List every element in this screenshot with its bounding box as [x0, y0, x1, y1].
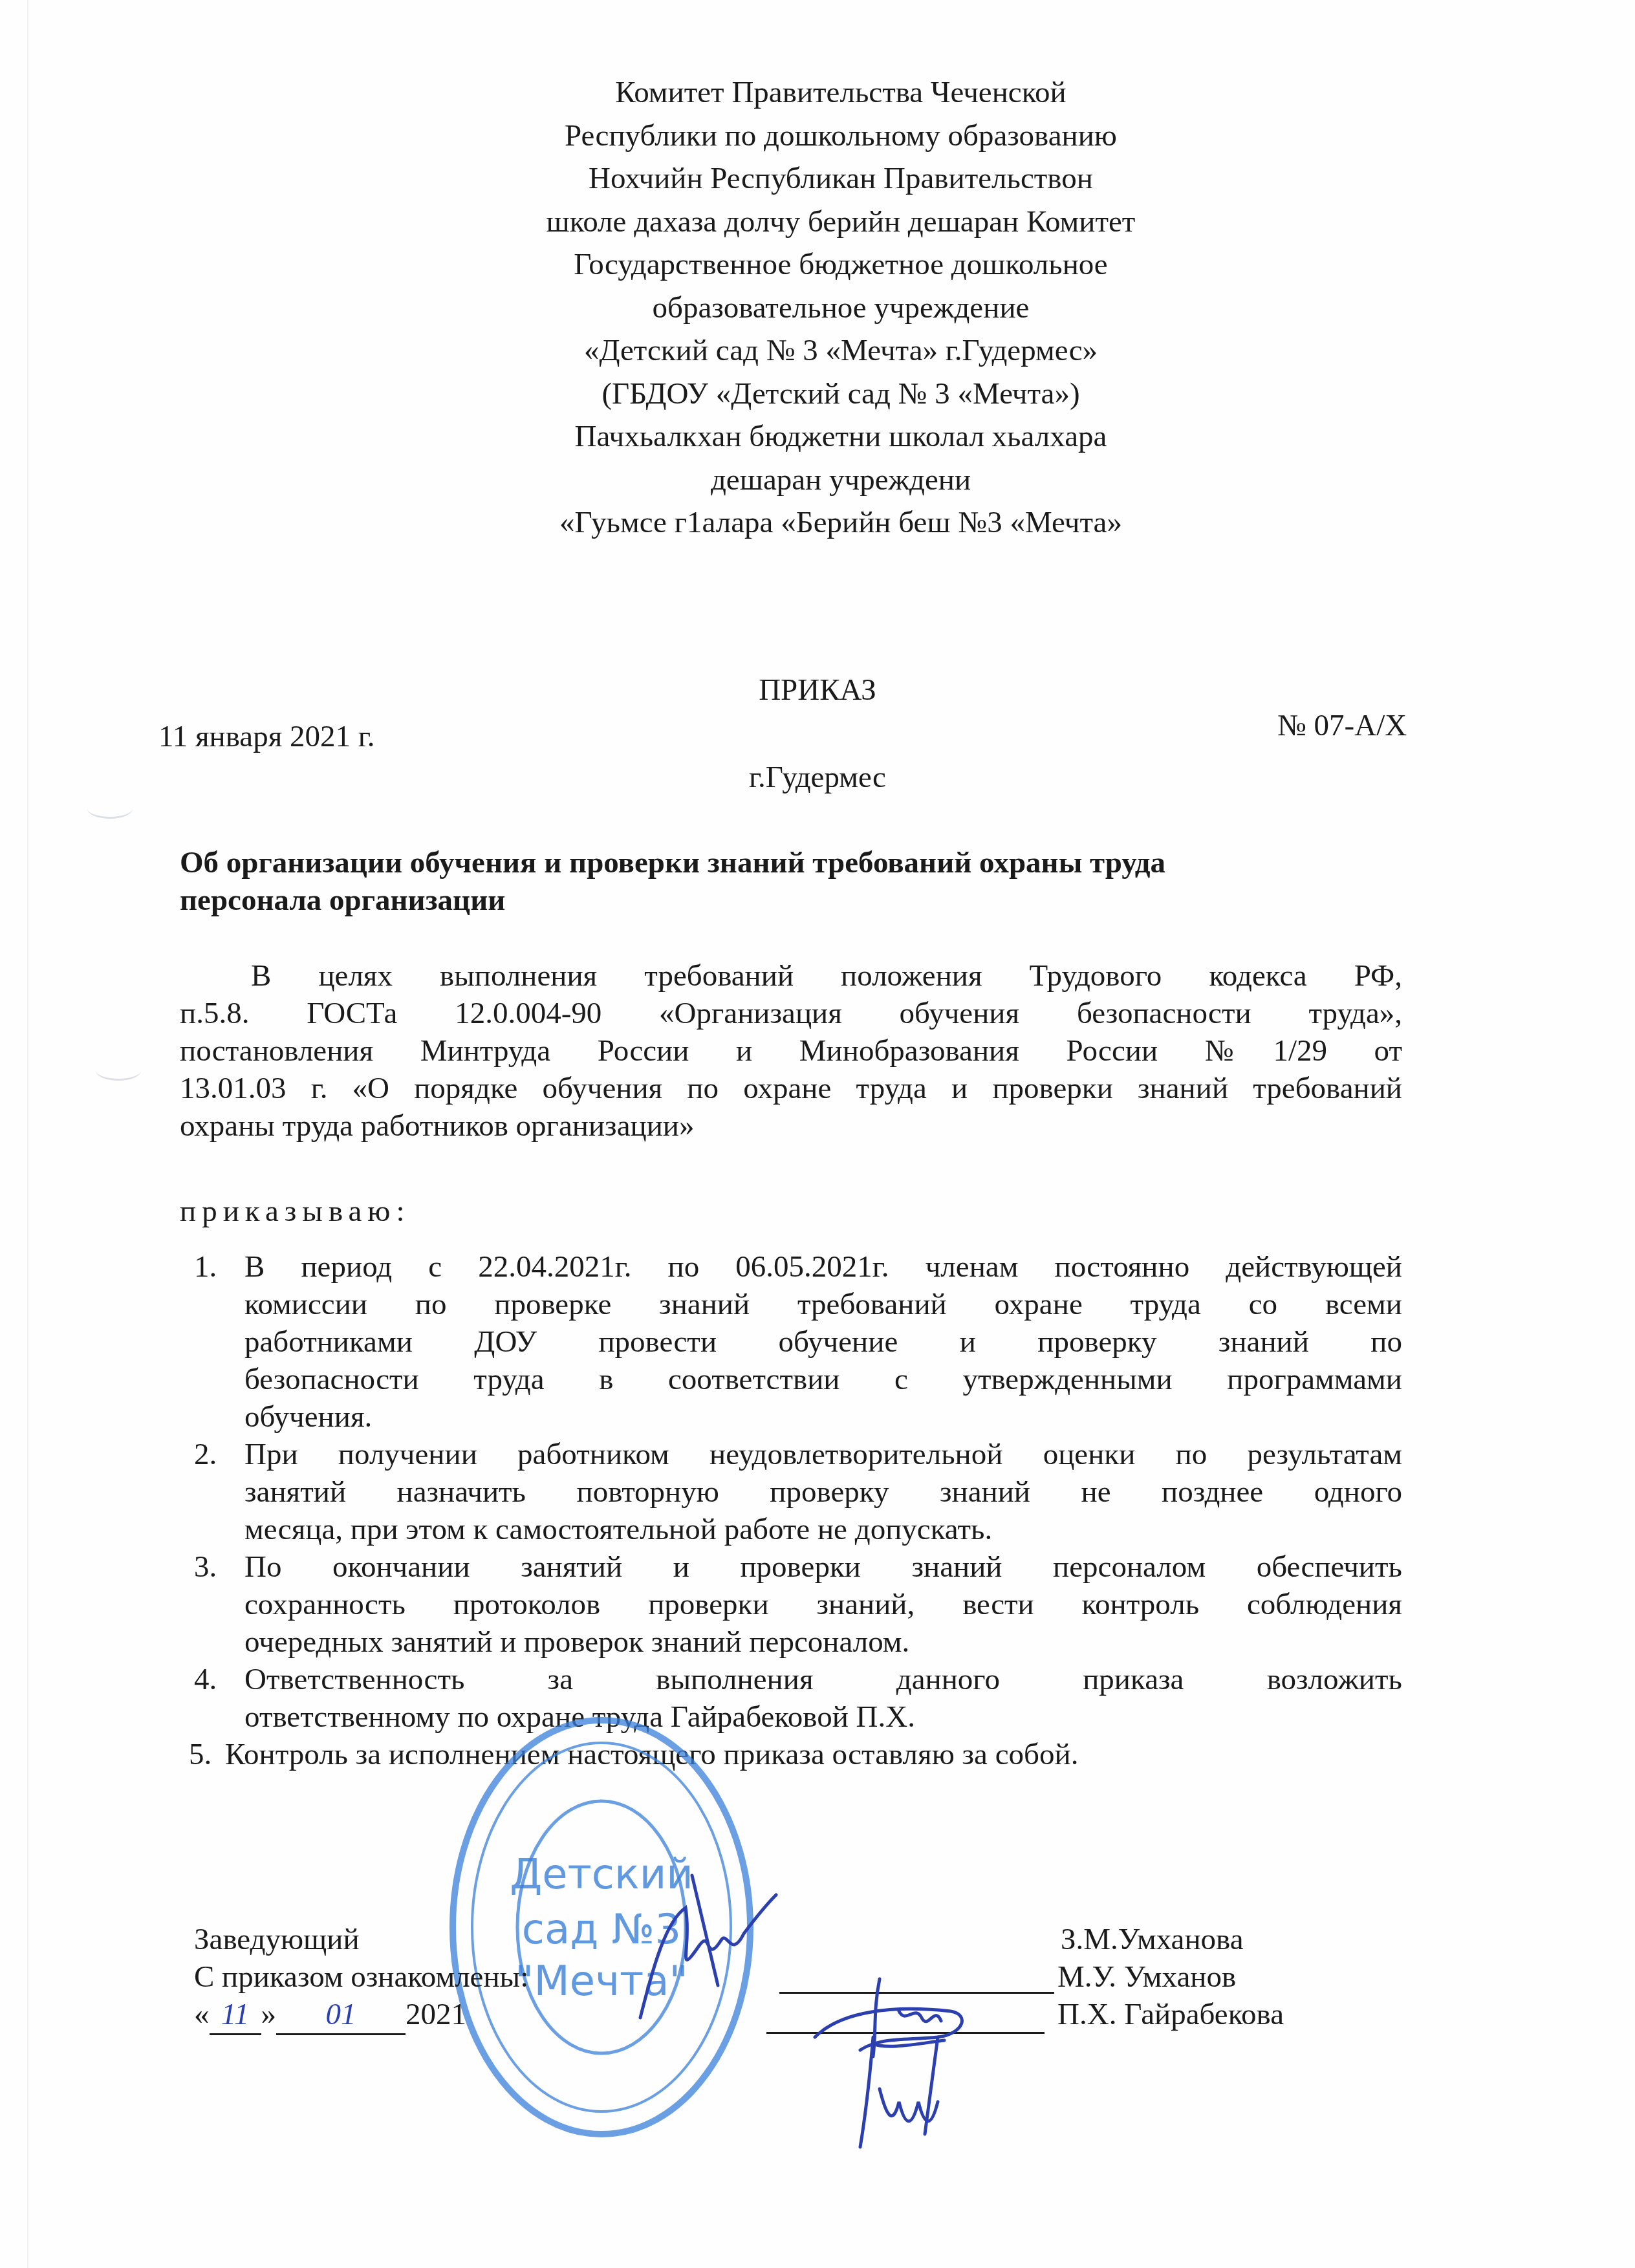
date-day: 11 — [210, 1996, 261, 2035]
order-item: 3. По окончании занятий и проверки знани… — [194, 1548, 1402, 1661]
date-close-quote: » — [261, 1998, 277, 2031]
head-signature — [614, 1869, 783, 2037]
header-line: Республики по дошкольному образованию — [453, 114, 1229, 158]
ack-date: «11»012021 — [194, 1996, 466, 2035]
document-page: Комитет Правительства Чеченской Республи… — [0, 0, 1635, 2268]
item-line: Контроль за исполнением настоящего прика… — [225, 1736, 1402, 1773]
order-item: 4. Ответственность за выполнения данного… — [194, 1661, 1402, 1736]
header-line: (ГБДОУ «Детский сад № 3 «Мечта») — [453, 373, 1229, 416]
header-line: «Гуьмсе г1алара «Берийн беш №3 «Мечта» — [453, 501, 1229, 545]
order-city: г.Гудермес — [0, 760, 1635, 795]
ack-signature-2 — [834, 2024, 983, 2154]
item-line: В период с 22.04.2021г. по 06.05.2021г. … — [244, 1248, 1402, 1286]
header-line: дешаран учреждени — [453, 459, 1229, 502]
item-line: месяца, при этом к самостоятельной работ… — [244, 1511, 1402, 1548]
order-title: ПРИКАЗ — [0, 673, 1635, 707]
order-items-list: 1. В период с 22.04.2021г. по 06.05.2021… — [194, 1248, 1402, 1773]
item-line: работниками ДОУ провести обучение и пров… — [244, 1323, 1402, 1361]
preamble-line: В целях выполнения требований положения … — [180, 957, 1402, 995]
order-number: № 07-А/Х — [1277, 708, 1407, 743]
order-date: 11 января 2021 г. — [158, 719, 375, 754]
order-item: 1. В период с 22.04.2021г. по 06.05.2021… — [194, 1248, 1402, 1436]
date-year: 2021 — [406, 1998, 466, 2031]
scan-edge-line — [27, 0, 28, 2268]
preamble: В целях выполнения требований положения … — [180, 957, 1402, 1145]
punch-hole-mark — [96, 1061, 141, 1081]
item-number: 3. — [194, 1548, 217, 1586]
preamble-line: охраны труда работников организации» — [180, 1107, 1402, 1145]
ack-name: П.Х. Гайрабекова — [1057, 1996, 1284, 2033]
item-line: комиссии по проверке знаний требований о… — [244, 1286, 1402, 1323]
ack-name: М.У. Умханов — [1057, 1958, 1236, 1996]
head-title: Заведующий — [194, 1921, 360, 1958]
preamble-line: п.5.8. ГОСТа 12.0.004-90 «Организация об… — [180, 995, 1402, 1032]
organization-header: Комитет Правительства Чеченской Республи… — [453, 71, 1229, 545]
order-verb: приказываю: — [180, 1194, 411, 1229]
item-line: ответственному по охране труда Гайрабеко… — [244, 1698, 1402, 1736]
item-number: 2. — [194, 1436, 217, 1473]
header-line: Комитет Правительства Чеченской — [453, 71, 1229, 114]
order-item: 5. Контроль за исполнением настоящего пр… — [189, 1736, 1402, 1773]
head-name: З.М.Умханова — [1061, 1921, 1244, 1958]
header-line: образовательное учреждение — [453, 286, 1229, 330]
header-line: Государственное бюджетное дошкольное — [453, 243, 1229, 286]
item-number: 1. — [194, 1248, 217, 1286]
item-line: безопасности труда в соответствии с утве… — [244, 1361, 1402, 1398]
order-subject: Об организации обучения и проверки знани… — [180, 844, 1473, 919]
item-number: 4. — [194, 1661, 217, 1698]
item-line: При получении работником неудовлетворите… — [244, 1436, 1402, 1473]
header-line: Нохчийн Республикан Правительствон — [453, 157, 1229, 200]
subject-line: персонала организации — [180, 881, 1473, 919]
item-line: обучения. — [244, 1398, 1402, 1436]
header-line: «Детский сад № 3 «Мечта» г.Гудермес» — [453, 329, 1229, 373]
punch-hole-mark — [87, 799, 133, 819]
item-line: сохранность протоколов проверки знаний, … — [244, 1586, 1402, 1623]
date-month: 01 — [276, 1996, 406, 2035]
item-line: очередных занятий и проверок знаний перс… — [244, 1623, 1402, 1661]
order-item: 2. При получении работником неудовлетвор… — [194, 1436, 1402, 1548]
acknowledged-label: С приказом ознакомлены: — [194, 1958, 528, 1996]
preamble-line: 13.01.03 г. «О порядке обучения по охран… — [180, 1070, 1402, 1107]
item-line: По окончании занятий и проверки знаний п… — [244, 1548, 1402, 1586]
preamble-line: постановления Минтруда России и Минобраз… — [180, 1032, 1402, 1070]
subject-line: Об организации обучения и проверки знани… — [180, 844, 1473, 881]
header-line: Пачхьалкхан бюджетни школал хьалхара — [453, 415, 1229, 459]
header-line: школе дахаза долчу берийн дешаран Комите… — [453, 200, 1229, 244]
item-number: 5. — [189, 1736, 211, 1773]
item-line: Ответственность за выполнения данного пр… — [244, 1661, 1402, 1698]
date-open-quote: « — [194, 1998, 210, 2031]
item-line: занятий назначить повторную проверку зна… — [244, 1473, 1402, 1511]
